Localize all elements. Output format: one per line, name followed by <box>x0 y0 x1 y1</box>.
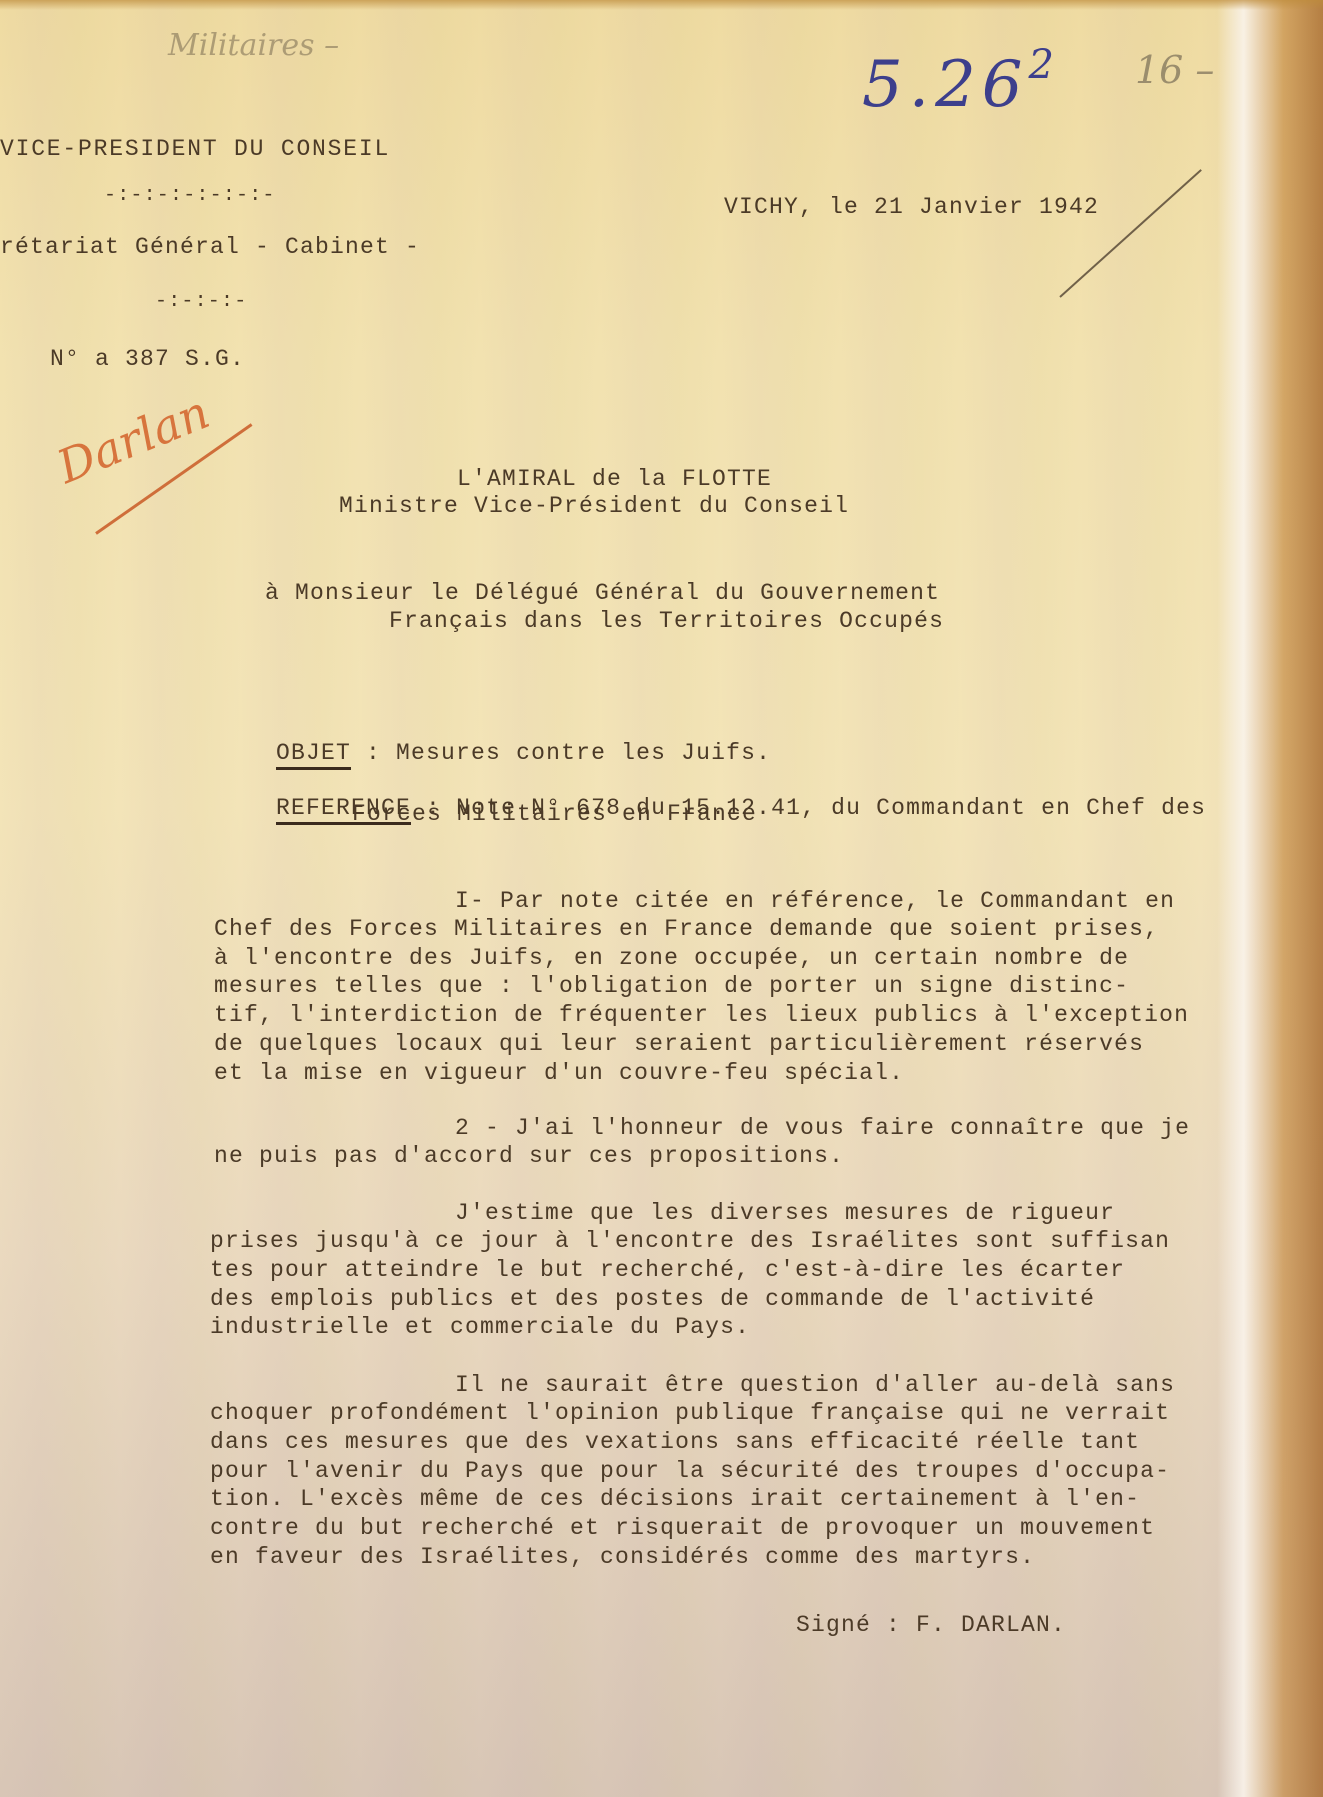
archive-number-annotation: 5.262 <box>862 42 1060 122</box>
pencil-annotation-top-left: Militaires – <box>168 28 339 63</box>
paragraph-line: Chef des Forces Militaires en France dem… <box>214 918 1159 941</box>
recipient-line-1: à Monsieur le Délégué Général du Gouvern… <box>265 582 940 605</box>
sender-title: L'AMIRAL de la FLOTTE <box>457 468 772 491</box>
signature: Signé : F. DARLAN. <box>796 1614 1066 1637</box>
sender-role: Ministre Vice-Président du Conseil <box>339 495 849 518</box>
paragraph-line: ne puis pas d'accord sur ces proposition… <box>214 1145 844 1168</box>
paragraph-line: J'estime que les diverses mesures de rig… <box>455 1202 1115 1225</box>
paragraph-line: de quelques locaux qui leur seraient par… <box>214 1033 1144 1056</box>
header-office: VICE-PRESIDENT DU CONSEIL <box>0 138 390 161</box>
paragraph-line: prises jusqu'à ce jour à l'encontre des … <box>210 1230 1170 1253</box>
subject-separator: : <box>351 740 396 766</box>
recipient-line-2: Français dans les Territoires Occupés <box>389 610 944 633</box>
paragraph-line: mesures telles que : l'obligation de por… <box>214 975 1129 998</box>
paragraph-line: des emplois publics et des postes de com… <box>210 1288 1095 1311</box>
reference-line-2: Forces Militaires en France <box>352 803 757 826</box>
paragraph-line: tes pour atteindre le but recherché, c'e… <box>210 1259 1125 1282</box>
paper-top-edge <box>0 0 1323 10</box>
paragraph-line: Il ne saurait être question d'aller au-d… <box>455 1374 1175 1397</box>
header-separator-2: -:-:-:- <box>155 292 247 312</box>
paragraph-line: tif, l'interdiction de fréquenter les li… <box>214 1004 1189 1027</box>
paragraph-line: choquer profondément l'opinion publique … <box>210 1402 1170 1425</box>
paragraph-line: en faveur des Israélites, considérés com… <box>210 1546 1035 1569</box>
paragraph-line: contre du but recherché et risquerait de… <box>210 1517 1155 1540</box>
paragraph-line: pour l'avenir du Pays que pour la sécuri… <box>210 1460 1170 1483</box>
page-number-annotation: 16 – <box>1135 48 1214 92</box>
paragraph-line: tion. L'excès même de ces décisions irai… <box>210 1488 1140 1511</box>
archive-number: 5.26 <box>862 48 1029 122</box>
subject-label: OBJET <box>276 740 351 770</box>
header-department: rétariat Général - Cabinet - <box>0 236 420 259</box>
paragraph-line: industrielle et commerciale du Pays. <box>210 1316 750 1339</box>
paragraph-line: à l'encontre des Juifs, en zone occupée,… <box>214 947 1129 970</box>
paragraph-line: I- Par note citée en référence, le Comma… <box>455 890 1175 913</box>
paragraph-line: 2 - J'ai l'honneur de vous faire connaît… <box>455 1117 1190 1140</box>
paragraph-line: dans ces mesures que des vexations sans … <box>210 1431 1140 1454</box>
reference-number: N° a 387 S.G. <box>50 348 245 371</box>
archive-number-superscript: 2 <box>1029 42 1060 88</box>
place-and-date: VICHY, le 21 Janvier 1942 <box>724 196 1099 219</box>
subject-text: Mesures contre les Juifs. <box>396 740 771 766</box>
paragraph-line: et la mise en vigueur d'un couvre-feu sp… <box>214 1062 904 1085</box>
document-page: Militaires – 5.262 16 – Darlan VICE-PRES… <box>0 0 1323 1797</box>
pencil-diagonal-stroke <box>1059 169 1202 298</box>
red-initials-annotation: Darlan <box>50 385 217 494</box>
header-separator-1: -:-:-:-:-:-:- <box>104 186 276 206</box>
